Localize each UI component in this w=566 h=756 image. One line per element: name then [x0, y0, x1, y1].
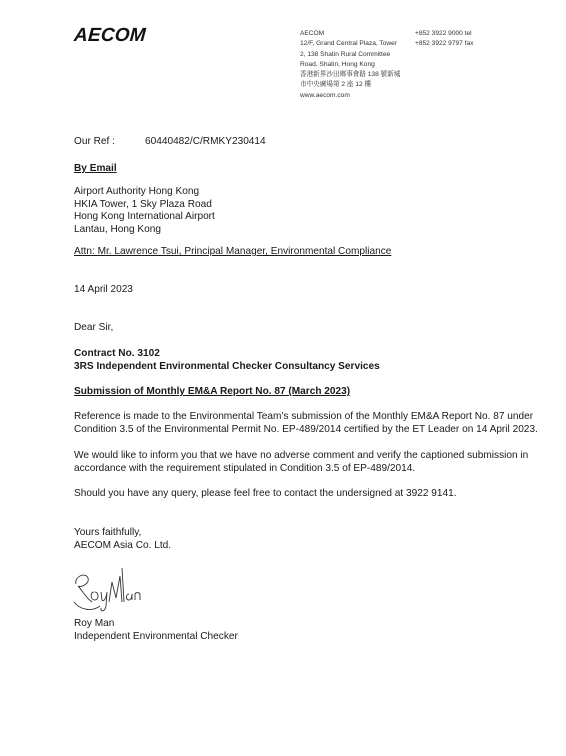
recipient-line: Airport Authority Hong Kong [74, 186, 215, 199]
paragraph-line: We would like to inform you that we have… [74, 450, 528, 463]
handwritten-signature [70, 562, 150, 619]
reference-value: 60440482/C/RMKY230414 [145, 136, 266, 149]
letter-date: 14 April 2023 [74, 284, 133, 297]
website-link[interactable]: www.aecom.com [300, 91, 400, 101]
recipient-line: HKIA Tower, 1 Sky Plaza Road [74, 199, 215, 212]
paragraph-line: Should you have any query, please feel f… [74, 488, 457, 501]
paragraph-contact: Should you have any query, please feel f… [74, 488, 457, 501]
company-name: AECOM Asia Co. Ltd. [74, 540, 171, 553]
reference-label: Our Ref : [74, 136, 115, 149]
paragraph-verification: We would like to inform you that we have… [74, 450, 528, 475]
attention-line: Attn: Mr. Lawrence Tsui, Principal Manag… [74, 246, 391, 259]
letterhead-address: AECOM 12/F, Grand Central Plaza, Tower 2… [300, 29, 400, 101]
fax-number: +852 3922 9797 fax [415, 39, 473, 49]
address-line-chinese: 市中央廣場第 2 座 12 樓 [300, 80, 400, 90]
address-line-chinese: 香港新界沙田鄉事會路 138 號新城 [300, 70, 400, 80]
signer-block: Roy Man Independent Environmental Checke… [74, 618, 238, 643]
closing-line: Yours faithfully, [74, 527, 171, 540]
paragraph-reference: Reference is made to the Environmental T… [74, 411, 538, 436]
address-line: 2, 138 Shatin Rural Committee [300, 50, 400, 60]
recipient-line: Lantau, Hong Kong [74, 224, 215, 237]
paragraph-line: accordance with the requirement stipulat… [74, 463, 528, 476]
letterhead-contact: +852 3922 9000 tel +852 3922 9797 fax [415, 29, 473, 50]
contract-number: Contract No. 3102 [74, 348, 380, 361]
aecom-logo: AECOM [73, 25, 146, 47]
recipient-line: Hong Kong International Airport [74, 211, 215, 224]
delivery-method: By Email [74, 163, 117, 176]
service-name: 3RS Independent Environmental Checker Co… [74, 361, 380, 374]
signer-title: Independent Environmental Checker [74, 631, 238, 644]
paragraph-line: Reference is made to the Environmental T… [74, 411, 538, 424]
paragraph-line: Condition 3.5 of the Environmental Permi… [74, 424, 538, 437]
phone-number: +852 3922 9000 tel [415, 29, 473, 39]
address-line: AECOM [300, 29, 400, 39]
address-line: Road, Shatin, Hong Kong [300, 60, 400, 70]
salutation: Dear Sir, [74, 322, 113, 335]
closing-block: Yours faithfully, AECOM Asia Co. Ltd. [74, 527, 171, 552]
recipient-address: Airport Authority Hong Kong HKIA Tower, … [74, 186, 215, 236]
address-line: 12/F, Grand Central Plaza, Tower [300, 39, 400, 49]
signer-name: Roy Man [74, 618, 238, 631]
subject-block: Contract No. 3102 3RS Independent Enviro… [74, 348, 380, 373]
subject-title: Submission of Monthly EM&A Report No. 87… [74, 386, 350, 399]
